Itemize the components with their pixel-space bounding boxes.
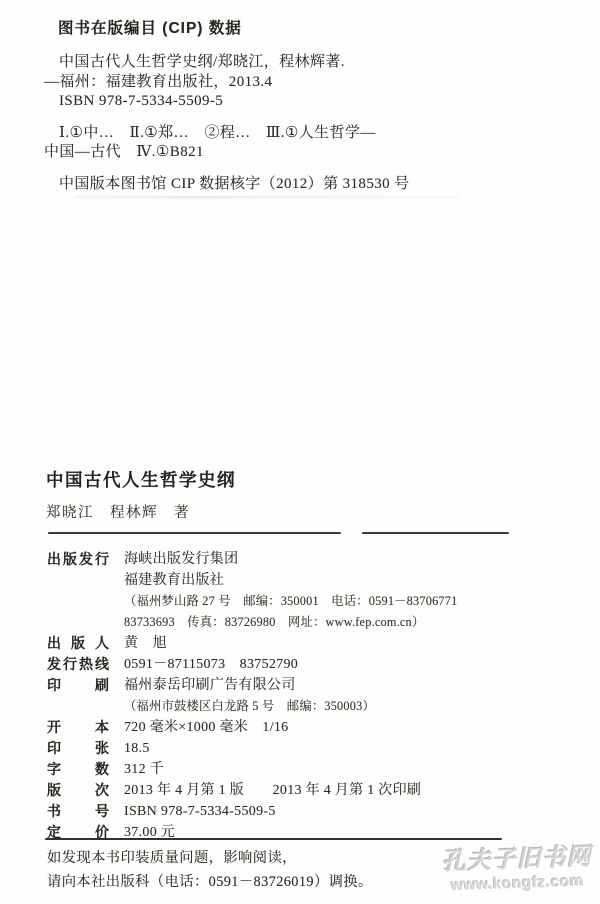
value-line: 海峡出版发行集团 [124, 549, 519, 570]
row-value: 福州泰岳印刷广告有限公司 （福州市鼓楼区白龙路 5 号 邮编：350003） [124, 675, 519, 717]
colophon-row-printer: 印刷 福州泰岳印刷广告有限公司 （福州市鼓楼区白龙路 5 号 邮编：350003… [47, 675, 519, 717]
value-line: （福州市鼓楼区白龙路 5 号 邮编：350003） [124, 696, 519, 717]
quality-note-line-2: 请向本社出版科（电话：0591－83726019）调换。 [47, 871, 373, 895]
value-line: 黄 旭 [124, 633, 519, 654]
book-copyright-page: 图书在版编目 (CIP) 数据 中国古代人生哲学史纲/郑晓江，程林辉著. —福州… [0, 0, 600, 904]
cip-title-line: 中国古代人生哲学史纲/郑晓江，程林辉著. [44, 53, 530, 73]
colophon-row-edition: 版次 2013 年 4 月第 1 版 2013 年 4 月第 1 次印刷 [47, 780, 519, 801]
value-line: 2013 年 4 月第 1 版 2013 年 4 月第 1 次印刷 [124, 780, 519, 801]
divider-segment-left [48, 532, 341, 534]
row-label: 字数 [47, 759, 109, 780]
row-value: 18.5 [124, 738, 519, 759]
row-value: 0591－87115073 83752790 [124, 654, 519, 675]
row-label: 印张 [47, 738, 109, 759]
kongfz-watermark-name: 孔夫子旧书网 [441, 836, 592, 876]
title-divider-rule [48, 532, 509, 535]
book-authors: 郑晓江 程林辉 著 [46, 501, 236, 522]
row-label: 版次 [47, 780, 109, 801]
cip-publisher-line: —福州：福建教育出版社，2013.4 [44, 73, 530, 93]
title-block: 中国古代人生哲学史纲 郑晓江 程林辉 著 [46, 467, 236, 522]
row-label: 开本 [47, 717, 109, 738]
colophon-row-hotline: 发行热线 0591－87115073 83752790 [47, 654, 519, 675]
row-value: ISBN 978-7-5334-5509-5 [124, 801, 519, 822]
row-label: 发行热线 [47, 654, 109, 675]
row-value: 海峡出版发行集团 福建教育出版社 （福州梦山路 27 号 邮编：350001 电… [124, 549, 519, 633]
row-value: 720 毫米×1000 毫米 1/16 [124, 717, 519, 738]
row-value: 黄 旭 [124, 633, 519, 654]
cip-classification-line-2: 中国—古代 Ⅳ.①B821 [44, 143, 530, 163]
row-value: 312 千 [124, 759, 519, 780]
cip-heading: 图书在版编目 (CIP) 数据 [58, 16, 530, 38]
colophon-row-wordcount: 字数 312 千 [47, 759, 519, 780]
row-label: 出版发行 [47, 549, 109, 570]
colophon-row-format: 开本 720 毫米×1000 毫米 1/16 [47, 717, 519, 738]
row-label: 出版人 [47, 633, 109, 654]
cip-block: 图书在版编目 (CIP) 数据 中国古代人生哲学史纲/郑晓江，程林辉著. —福州… [44, 16, 530, 194]
cip-classification-line-1: Ⅰ.①中… Ⅱ.①郑… ②程… Ⅲ.①人生哲学— [44, 124, 530, 144]
value-line: 福州泰岳印刷广告有限公司 [124, 675, 519, 696]
bottom-divider-rule [45, 838, 502, 840]
colophon-row-publisher: 出版发行 海峡出版发行集团 福建教育出版社 （福州梦山路 27 号 邮编：350… [47, 549, 519, 633]
quality-note: 如发现本书印装质量问题，影响阅读， 请向本社出版科（电话：0591－837260… [47, 847, 373, 894]
colophon-row-isbn: 书号 ISBN 978-7-5334-5509-5 [47, 801, 519, 822]
value-line: 83733693 传真：83726980 网址：www.fep.com.cn） [124, 612, 519, 633]
book-title: 中国古代人生哲学史纲 [46, 467, 236, 492]
value-line: ISBN 978-7-5334-5509-5 [124, 801, 519, 822]
value-line: （福州梦山路 27 号 邮编：350001 电话：0591－83706771 [124, 591, 519, 612]
cip-isbn-line: ISBN 978-7-5334-5509-5 [44, 92, 530, 112]
row-value: 2013 年 4 月第 1 版 2013 年 4 月第 1 次印刷 [124, 780, 519, 801]
value-line: 720 毫米×1000 毫米 1/16 [124, 717, 519, 738]
kongfz-watermark: 孔夫子旧书网 www.kongfz.com [441, 836, 593, 895]
cip-record-number: 中国版本图书馆 CIP 数据核字（2012）第 318530 号 [44, 175, 530, 195]
kongfz-watermark-url: www.kongfz.com [442, 872, 593, 895]
colophon-row-sheets: 印张 18.5 [47, 738, 519, 759]
value-line: 312 千 [124, 759, 519, 780]
row-label: 印刷 [47, 675, 109, 696]
colophon-row-publisher-person: 出版人 黄 旭 [47, 633, 519, 654]
value-line: 0591－87115073 83752790 [124, 654, 519, 675]
divider-segment-right [362, 532, 509, 534]
value-line: 18.5 [124, 738, 519, 759]
quality-note-line-1: 如发现本书印装质量问题，影响阅读， [47, 847, 373, 871]
colophon-table: 出版发行 海峡出版发行集团 福建教育出版社 （福州梦山路 27 号 邮编：350… [47, 549, 519, 843]
scan-artifact-line [75, 196, 460, 198]
row-label: 书号 [47, 801, 109, 822]
value-line: 福建教育出版社 [124, 570, 519, 591]
